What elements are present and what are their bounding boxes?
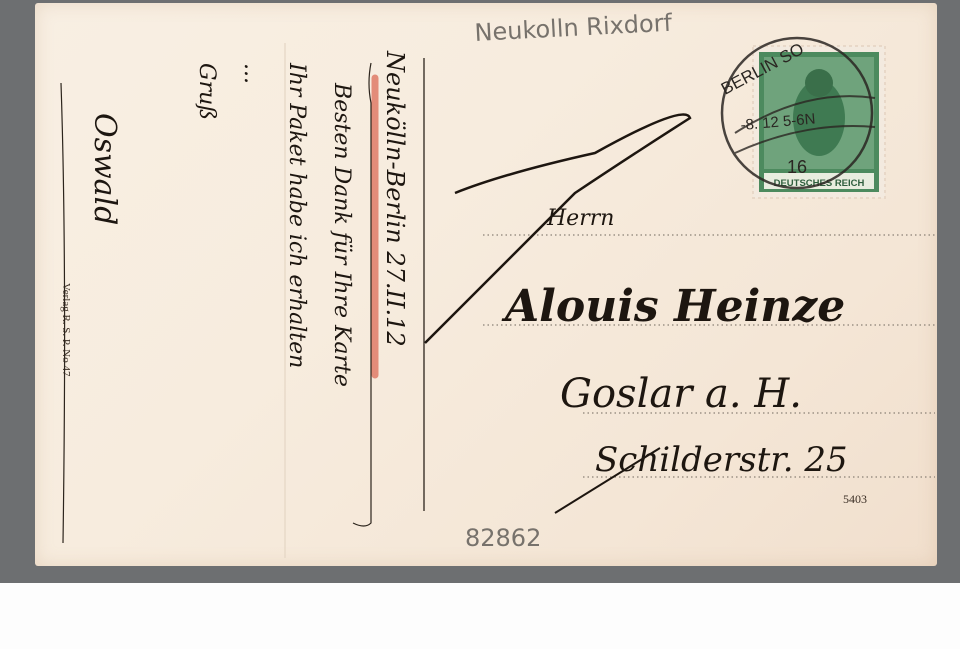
message-text: Neukölln-Berlin 27.II.12 Besten Dank für… — [60, 50, 409, 387]
message-bracket-line — [353, 63, 371, 526]
address-salutation: Herrn — [546, 206, 614, 231]
postmark-district: 16 — [787, 157, 807, 177]
address-city: Goslar a. H. — [560, 371, 802, 417]
card-number: 5403 — [843, 492, 867, 506]
address-street: Schilderstr. 25 — [595, 440, 848, 480]
message-line-1: Besten Dank für Ihre Karte — [329, 82, 354, 387]
pencil-inventory-number: 82862 — [465, 524, 541, 552]
message-signature: Oswald — [87, 113, 122, 225]
postcard: Neukolln Rixdorf 82862 Herrn Alouis Hein… — [35, 3, 937, 566]
pencil-location-note: Neukolln Rixdorf — [474, 9, 673, 47]
message-line-4: Gruß — [194, 63, 219, 120]
message-line-3: ... — [239, 63, 264, 84]
publisher-imprint: Verlag R. S. P. No 47 — [60, 283, 72, 377]
message-place-date: Neukölln-Berlin 27.II.12 — [381, 50, 409, 347]
message-line-2: Ihr Paket habe ich erhalten — [284, 62, 309, 368]
bottom-margin — [0, 583, 960, 649]
address-name: Alouis Heinze — [501, 281, 845, 332]
postcard-artwork: Neukolln Rixdorf 82862 Herrn Alouis Hein… — [35, 3, 937, 566]
